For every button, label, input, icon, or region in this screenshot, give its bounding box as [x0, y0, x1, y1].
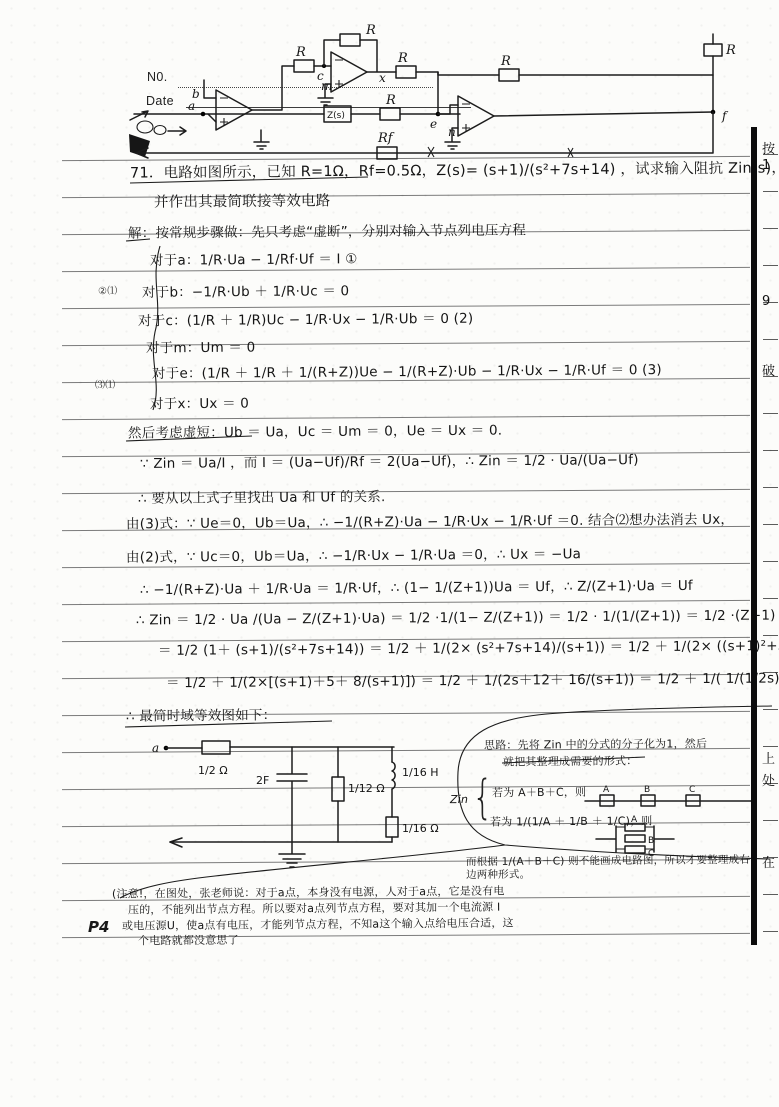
mini-box-label: B	[644, 785, 650, 795]
wire	[596, 826, 674, 852]
adjacent-page-fragment: 上	[762, 748, 779, 767]
underline	[126, 436, 252, 441]
underline	[125, 721, 332, 727]
bubble-note-line: 而根据 1/(A＋B＋C) 则不能画成电路图，所以才要整理成右边两种形式。	[466, 854, 758, 883]
mini-box-label: A	[603, 785, 610, 795]
adjacent-page-fragment: 9	[762, 294, 779, 309]
adjacent-page-fragment: 处	[762, 770, 779, 789]
bubble-note-line: 就把其整理成需要的形式：	[503, 752, 638, 769]
mini-box-label: C	[689, 785, 695, 795]
mini-box	[625, 835, 645, 842]
bubble-zin-label: Zin	[450, 793, 468, 806]
adjacent-page-fragment: 1	[762, 158, 779, 173]
title-underline	[130, 177, 368, 183]
page-number: P4	[88, 918, 109, 936]
bubble-note-line: 若为 1/(1/A ＋ 1/B ＋ 1/C)，则	[490, 812, 653, 829]
mini-box-label: B	[648, 836, 654, 846]
underline	[126, 239, 150, 241]
bottom-note-line: 或电压源U，使a点有电压，才能列节点方程，不知a这个输入点给电压合适，这	[122, 914, 514, 933]
bottom-note-line: 个电路就都没意思了	[138, 932, 239, 949]
adjacent-page-fragment: 在	[762, 852, 779, 871]
equation-group-brace	[153, 246, 160, 410]
scanned-notebook-page: N0. Date a Z(s) R b R c	[0, 0, 779, 1107]
page-edge-bar	[751, 127, 757, 945]
bubble-note-line: 若为 A＋B＋C，则	[492, 784, 586, 801]
adjacent-page-fragment: 破	[762, 360, 779, 379]
bubble-note-line: 思路：先将 Zin 中的分式的分子化为1，然后	[484, 735, 707, 753]
annotation-bubble-outline	[458, 706, 772, 859]
ink-overlay: A B C A B C	[0, 0, 779, 1107]
mini-box	[625, 846, 645, 853]
adjacent-page-fragment: 按	[762, 138, 779, 157]
